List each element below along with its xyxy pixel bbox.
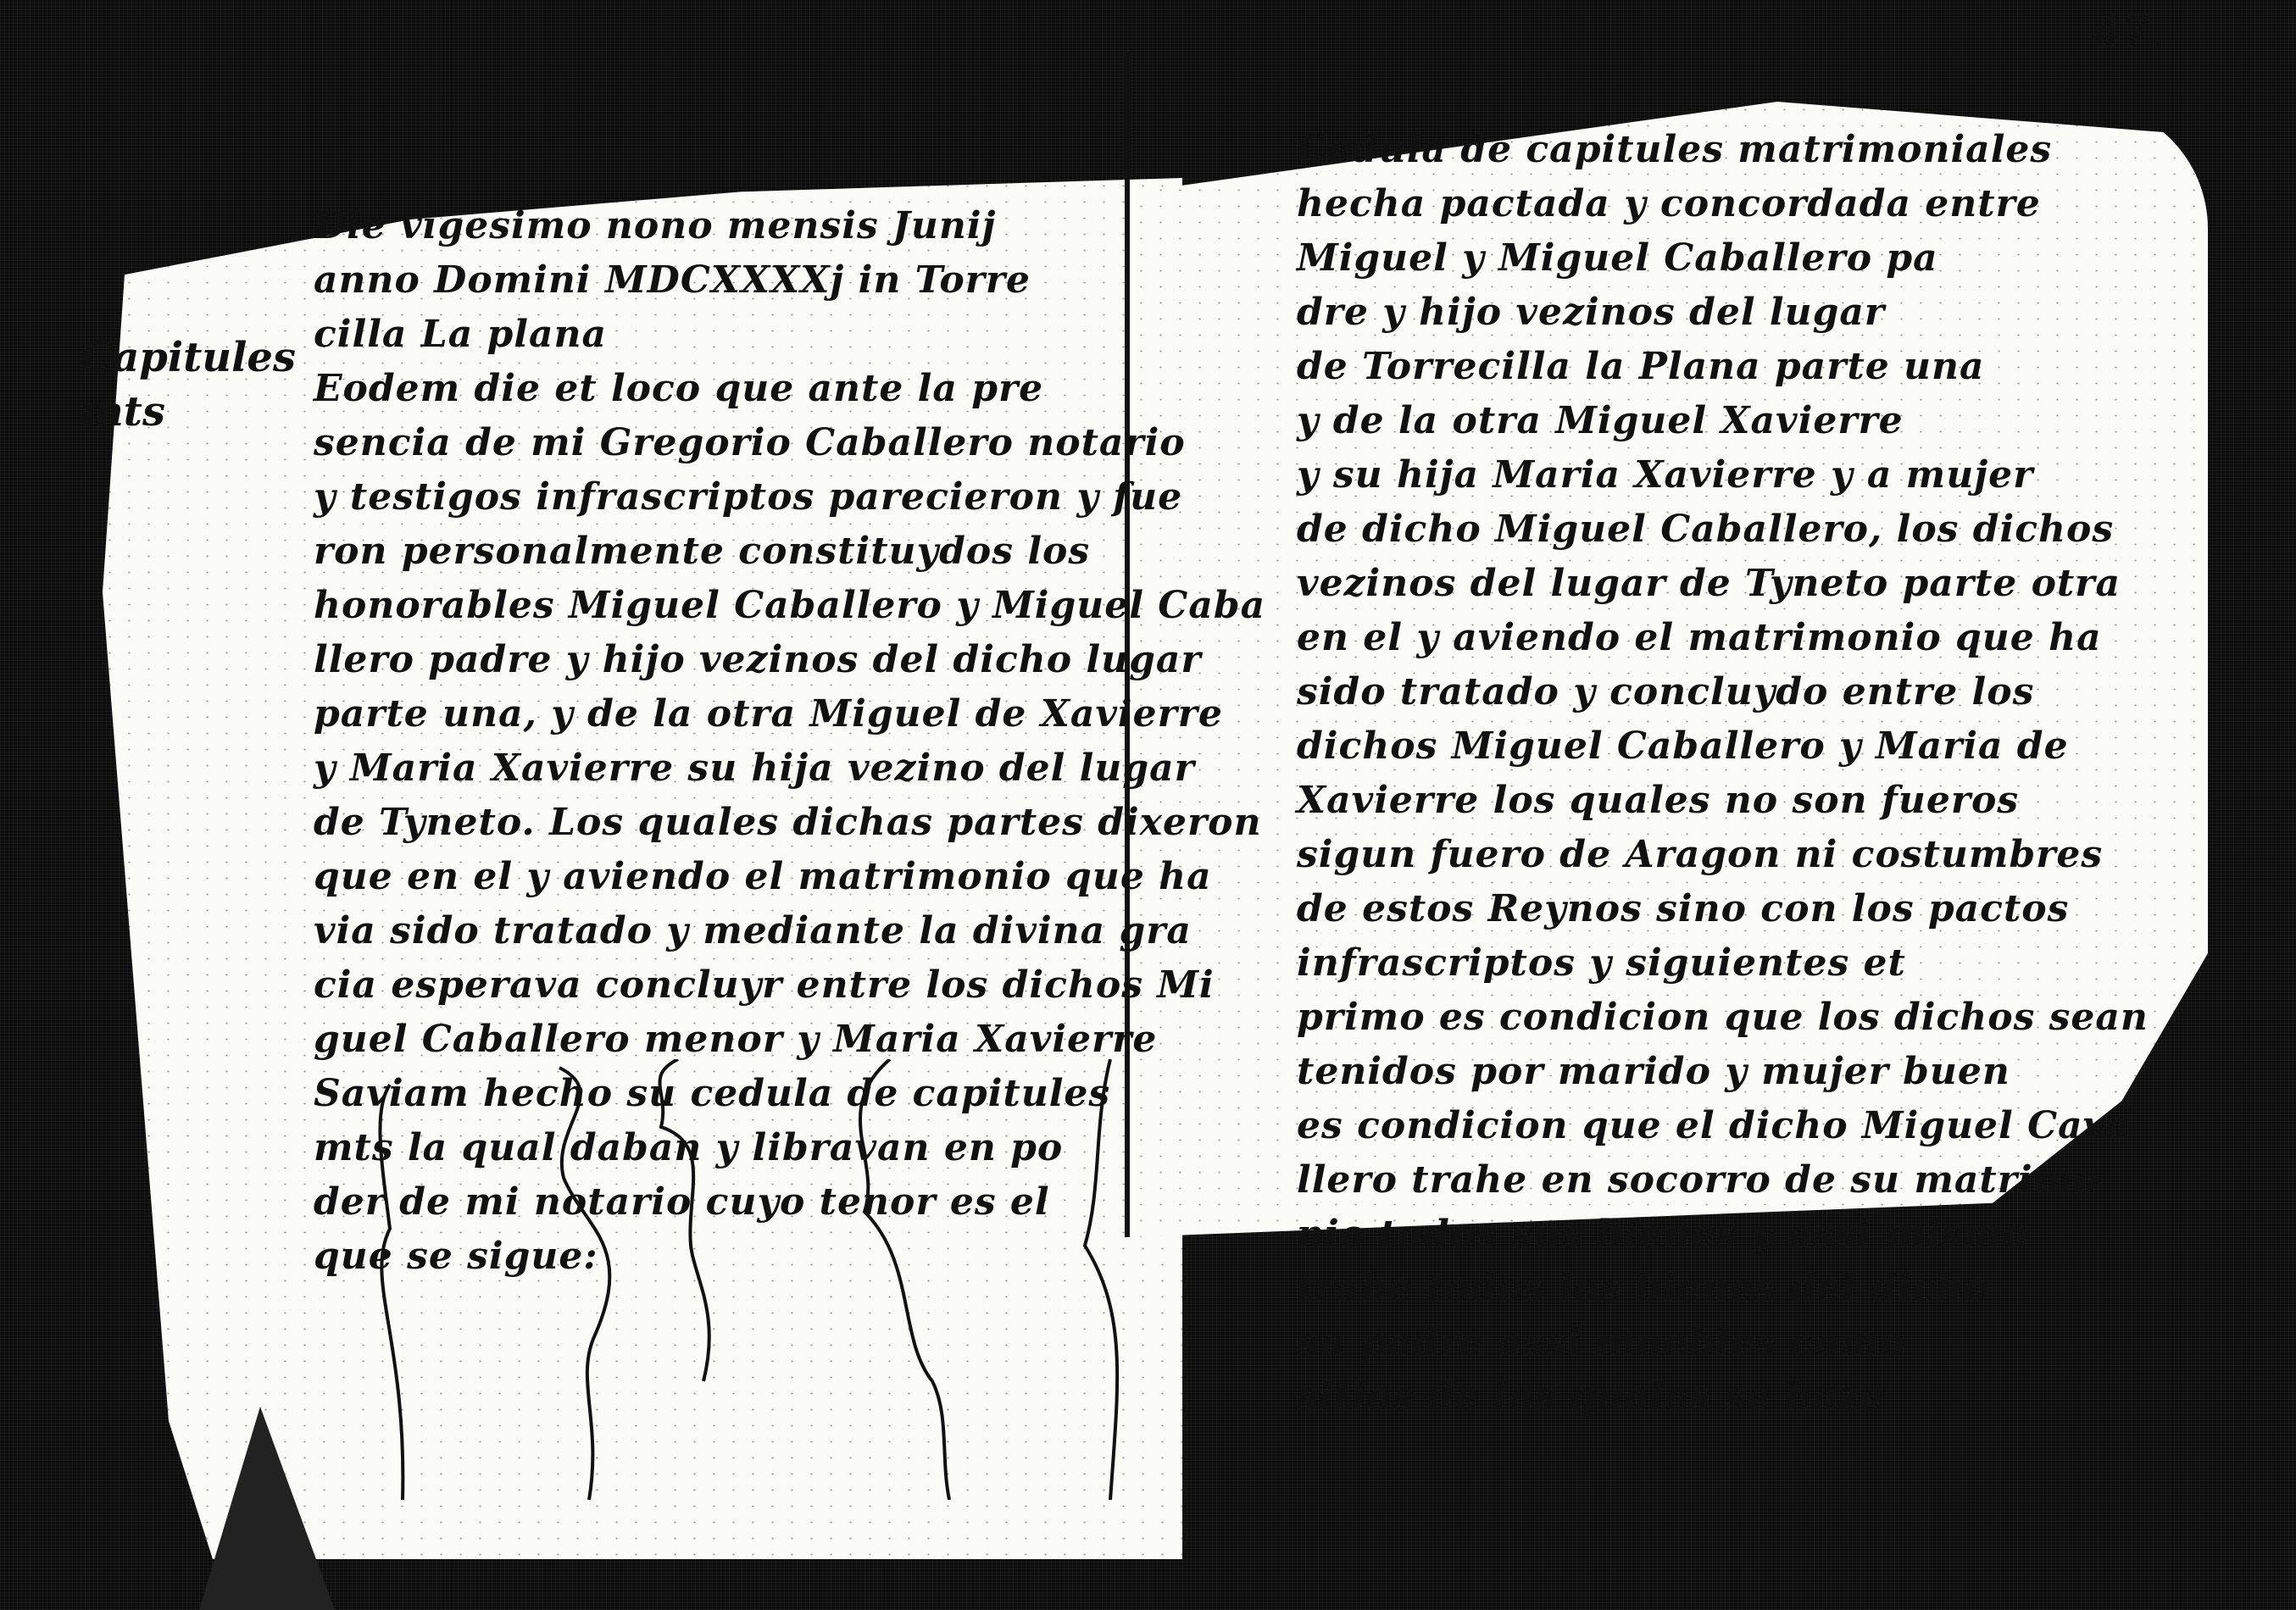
- line-fill-flourishes: [356, 1059, 1161, 1500]
- manuscript-line: hecha pactada y concordada entre: [1297, 177, 2149, 231]
- manuscript-line: nio todos sus bienes y assi mismo: [1297, 1207, 2149, 1262]
- folio-number: 47.: [2093, 7, 2164, 58]
- manuscript-line: Xavierre los quales no son fueros: [1297, 774, 2149, 828]
- manuscript-line: y de la otra Miguel Xavierre: [1297, 394, 2149, 448]
- manuscript-line: trahe todos los bienes del dicho: [1297, 1262, 2149, 1316]
- manuscript-line: es condicion que el dicho Miguel Cava: [1297, 1099, 2149, 1153]
- manuscript-line: primo es condicion que los dichos sean: [1297, 991, 2149, 1045]
- manuscript-line: sitios de los quales se haze: [1297, 1370, 2149, 1424]
- margin-note-line: mts: [81, 385, 296, 439]
- manuscript-line: infrascriptos y siguientes et: [1297, 936, 2149, 991]
- manuscript-line: cia esperava concluyr entre los dichos M…: [314, 958, 1265, 1013]
- manuscript-line: via sido tratado y mediante la divina gr…: [314, 904, 1265, 958]
- manuscript-line: llero trahe en socorro de su matrimo: [1297, 1153, 2149, 1207]
- manuscript-line: su padre assi muebles como: [1297, 1316, 2149, 1370]
- manuscript-line: Miguel y Miguel Caballero pa: [1297, 231, 2149, 286]
- margin-note-line: Capitules: [81, 330, 296, 385]
- manuscript-line: Die vigesimo nono mensis Junij: [314, 199, 1265, 253]
- manuscript-line: de dicho Miguel Caballero, los dichos: [1297, 502, 2149, 557]
- manuscript-line: sido tratado y concluydo entre los: [1297, 665, 2149, 719]
- manuscript-line: y su hija Maria Xavierre y a mujer: [1297, 448, 2149, 502]
- right-page-text: Cedula de capitules matrimonialeshecha p…: [1297, 123, 2149, 1424]
- manuscript-line: honorables Miguel Caballero y Miguel Cab…: [314, 579, 1265, 633]
- manuscript-line: en el y aviendo el matrimonio que ha: [1297, 611, 2149, 665]
- manuscript-line: y testigos infrascriptos parecieron y fu…: [314, 470, 1265, 525]
- manuscript-line: cilla La plana: [314, 308, 1265, 362]
- manuscript-line: dichos Miguel Caballero y Maria de: [1297, 719, 2149, 774]
- manuscript-line: parte una, y de la otra Miguel de Xavier…: [314, 687, 1265, 741]
- margin-note: Capitules mts: [81, 330, 296, 439]
- manuscript-line: Cedula de capitules matrimoniales: [1297, 123, 2149, 177]
- manuscript-line: Eodem die et loco que ante la pre: [314, 362, 1265, 416]
- manuscript-line: de estos Reynos sino con los pactos: [1297, 882, 2149, 936]
- manuscript-line: sigun fuero de Aragon ni costumbres: [1297, 828, 2149, 882]
- manuscript-line: anno Domini MDCXXXXj in Torre: [314, 253, 1265, 308]
- manuscript-line: de Torrecilla la Plana parte una: [1297, 340, 2149, 394]
- manuscript-line: sencia de mi Gregorio Caballero notario: [314, 416, 1265, 470]
- manuscript-line: llero padre y hijo vezinos del dicho lug…: [314, 633, 1265, 687]
- manuscript-line: ron personalmente constituydos los: [314, 525, 1265, 579]
- manuscript-line: dre y hijo vezinos del lugar: [1297, 286, 2149, 340]
- manuscript-line: que en el y aviendo el matrimonio que ha: [314, 850, 1265, 904]
- manuscript-line: tenidos por marido y mujer buen: [1297, 1045, 2149, 1099]
- manuscript-line: de Tyneto. Los quales dichas partes dixe…: [314, 796, 1265, 850]
- manuscript-line: vezinos del lugar de Tyneto parte otra: [1297, 557, 2149, 611]
- manuscript-line: y Maria Xavierre su hija vezino del luga…: [314, 741, 1265, 796]
